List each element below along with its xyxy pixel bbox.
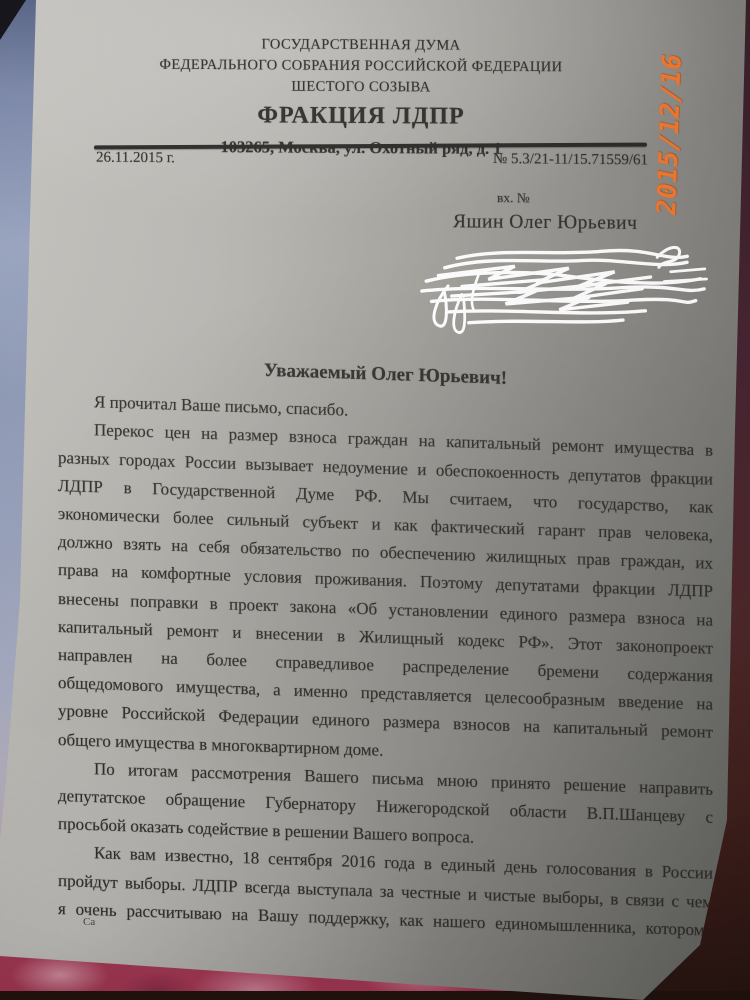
letter-body: Уважаемый Олег Юрьевич! Я прочитал Ваше … [58, 350, 713, 945]
letter-date: 26.11.2015 г. [96, 150, 175, 168]
photo-of-letter: ГОСУДАРСТВЕННАЯ ДУМА ФЕДЕРАЛЬНОГО СОБРАН… [0, 0, 750, 1000]
redaction-scribble [416, 233, 711, 347]
reference-number: № 5.3/21-11/15.71559/61 [340, 150, 648, 170]
addressee-name: Яшин Олег Юрьевич [453, 211, 637, 235]
incoming-number-label: вх. № [497, 190, 530, 206]
meta-row: 26.11.2015 г. № 5.3/21-11/15.71559/61 вх… [0, 0, 750, 243]
camera-timestamp: 2015/12/16 [652, 41, 692, 228]
letter-content: ГОСУДАРСТВЕННАЯ ДУМА ФЕДЕРАЛЬНОГО СОБРАН… [0, 0, 750, 1000]
footer-mark: Са [83, 916, 95, 928]
letter-sheet: ГОСУДАРСТВЕННАЯ ДУМА ФЕДЕРАЛЬНОГО СОБРАН… [0, 0, 750, 1000]
